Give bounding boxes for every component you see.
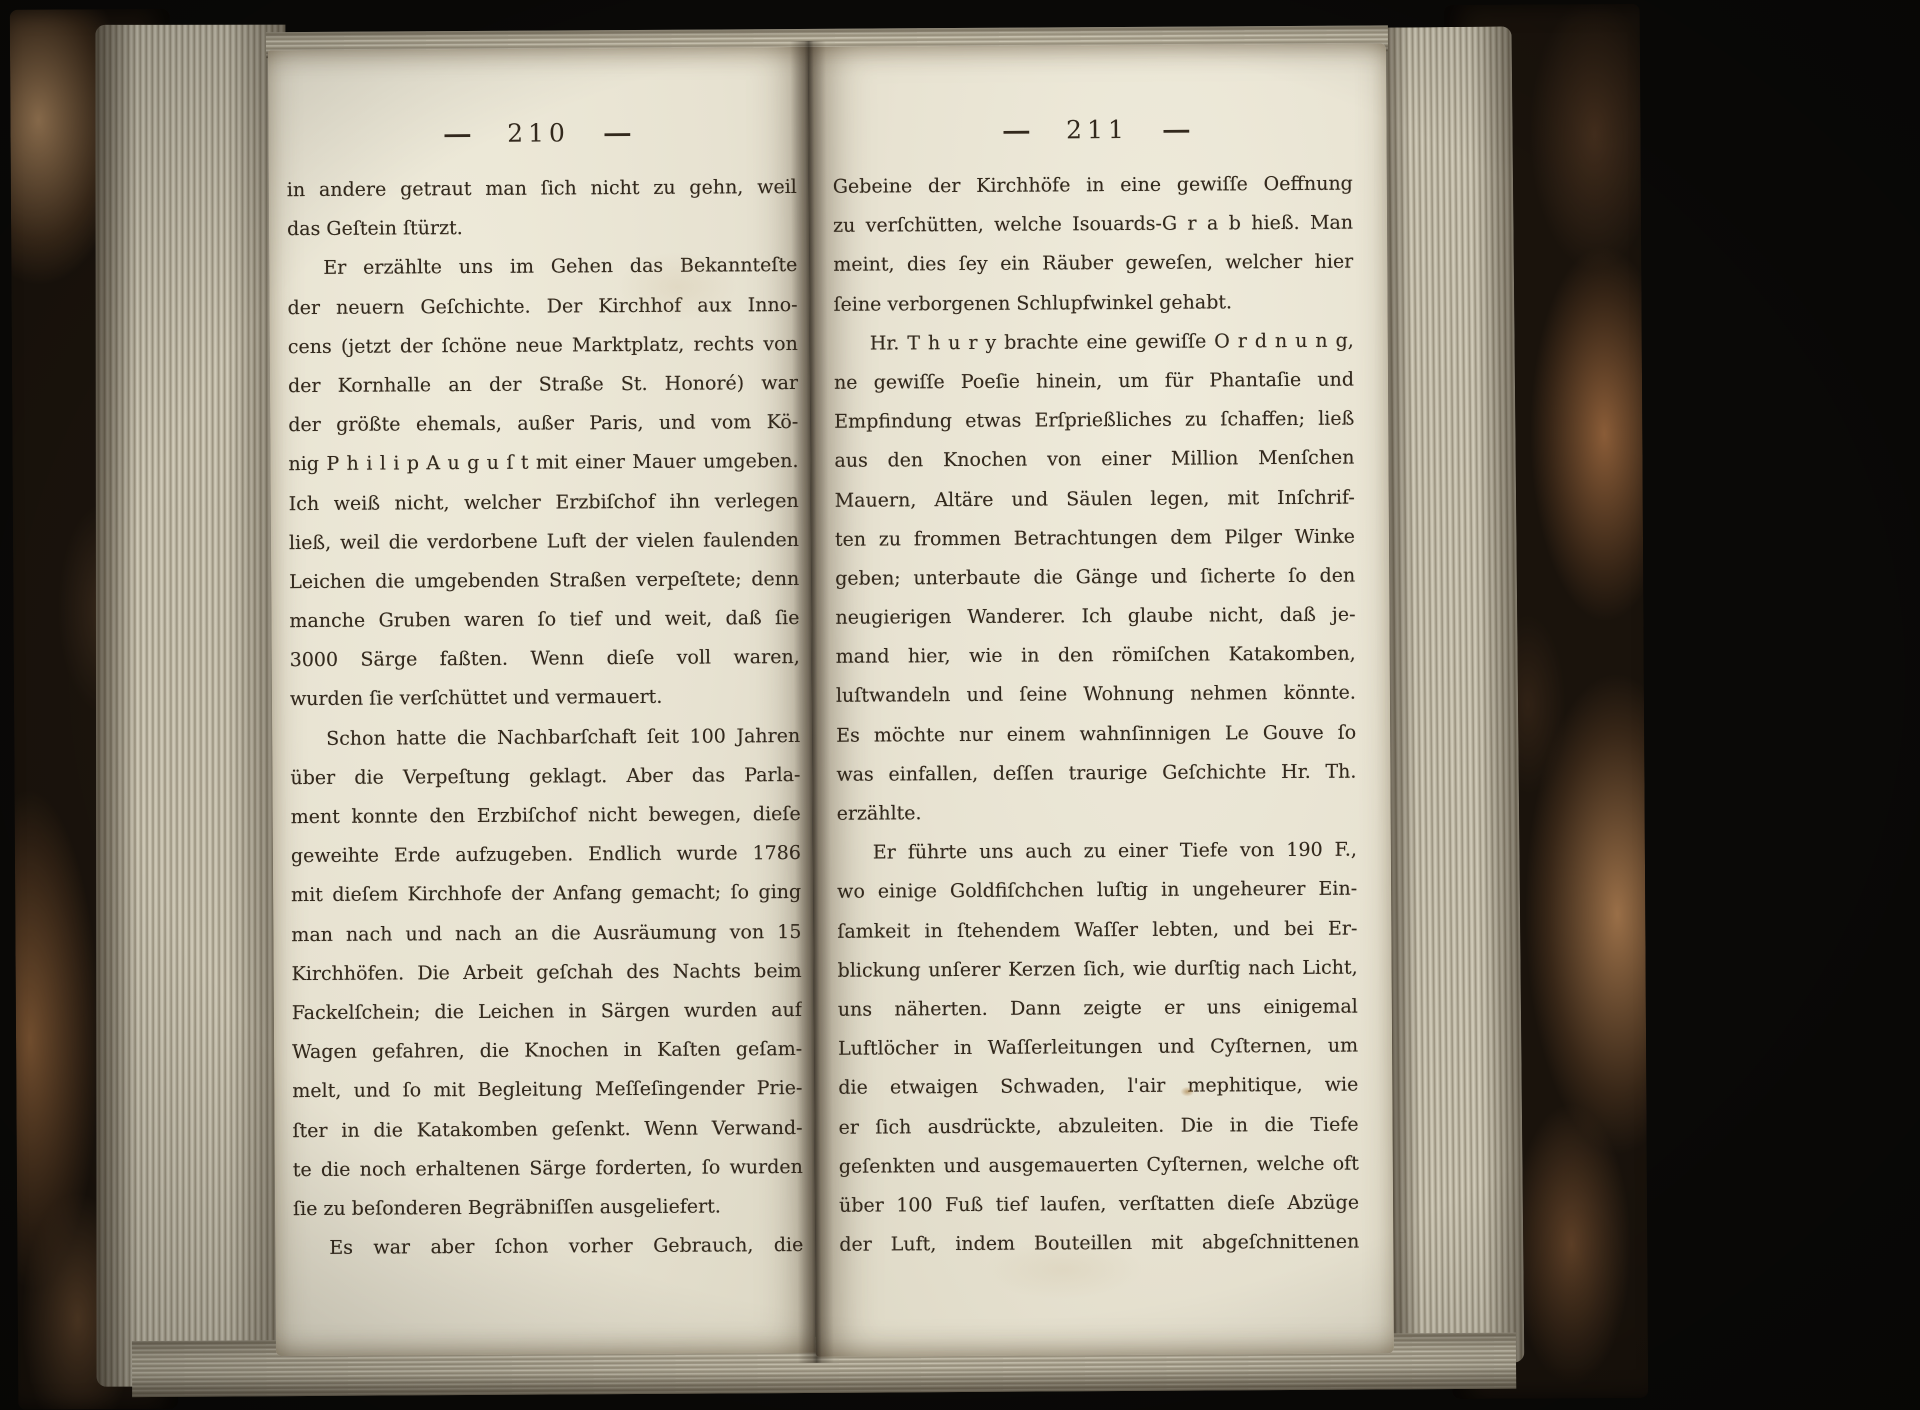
text-line: Leichen die umgebenden Straßen verpeſtet… bbox=[289, 560, 799, 602]
text-line: ſamkeit in ſtehendem Waſſer lebten, und … bbox=[837, 909, 1357, 951]
text-line: Luftlöcher in Waſſerleitungen und Cyſter… bbox=[838, 1027, 1358, 1069]
left-page-edges bbox=[95, 25, 286, 1387]
text-line: Hr. T h u r y brachte eine gewiſſe O r d… bbox=[834, 321, 1354, 363]
text-line: wo einige Goldfiſchchen luſtig in ungehe… bbox=[837, 870, 1357, 912]
text-line: geben; unterbaute die Gänge und ſicherte… bbox=[835, 556, 1355, 598]
text-line: Es möchte nur einem wahnſinnigen Le Gouv… bbox=[836, 713, 1356, 755]
open-book: — 210 — in andere getraut man ſich nicht… bbox=[0, 0, 1920, 1410]
text-line: ließ, weil die verdorbene Luft der viele… bbox=[289, 521, 799, 563]
text-line: in andere getraut man ſich nicht zu gehn… bbox=[287, 168, 797, 210]
text-line: ſter in die Katakomben geſenkt. Wenn Ver… bbox=[292, 1108, 802, 1150]
text-line: das Geſtein ſtürzt. bbox=[287, 207, 797, 249]
text-line: 3000 Särge faßten. Wenn dieſe voll waren… bbox=[290, 638, 800, 680]
text-line: Wagen gefahren, die Knochen in Kaſten ge… bbox=[292, 1030, 802, 1072]
text-line: mand hier, wie in den römiſchen Katakomb… bbox=[836, 635, 1356, 677]
page-number-left: 210 bbox=[507, 118, 570, 147]
text-line: der Luft, indem Bouteillen mit abgeſchni… bbox=[839, 1223, 1359, 1265]
text-line: Er führte uns auch zu einer Tiefe von 19… bbox=[837, 831, 1357, 873]
text-line: erzählte. bbox=[837, 792, 1357, 834]
text-line: cens (jetzt der ſchöne neue Marktplatz, … bbox=[288, 325, 798, 367]
text-line: luſtwandeln und ſeine Wohnung nehmen kön… bbox=[836, 674, 1356, 716]
header-dash-right: — bbox=[603, 118, 634, 147]
text-line: Schon hatte die Nachbarſchaft ſeit 100 J… bbox=[290, 717, 800, 759]
page-text-left: in andere getraut man ſich nicht zu gehn… bbox=[269, 168, 816, 1269]
text-line: Gebeine der Kirchhöfe in eine gewiſſe Oe… bbox=[833, 165, 1353, 207]
text-line: neugierigen Wanderer. Ich glaube nicht, … bbox=[835, 596, 1355, 638]
text-line: ment konnte den Erzbiſchof nicht bewegen… bbox=[291, 795, 801, 837]
text-line: melt, und ſo mit Begleitung Meſſeſingend… bbox=[292, 1069, 802, 1111]
text-line: Er erzählte uns im Gehen das Bekannteſte bbox=[287, 246, 797, 288]
text-line: wurden ſie verſchüttet und vermauert. bbox=[290, 677, 800, 719]
text-line: der neuern Geſchichte. Der Kirchhof aux … bbox=[287, 286, 797, 328]
text-line: Kirchhöfen. Die Arbeit geſchah des Nacht… bbox=[292, 952, 802, 994]
text-line: nig P h i l i p A u g u ſ t mit einer Ma… bbox=[288, 442, 798, 484]
page-text-right: Gebeine der Kirchhöfe in eine gewiſſe Oe… bbox=[809, 164, 1394, 1265]
header-dash-left: — bbox=[1001, 116, 1032, 145]
text-line: meint, dies ſey ein Räuber geweſen, welc… bbox=[833, 243, 1353, 285]
text-line: Ich weiß nicht, welcher Erzbiſchof ihn v… bbox=[289, 481, 799, 523]
text-line: über 100 Fuß tief laufen, verſtatten die… bbox=[839, 1183, 1359, 1225]
text-line: Empfindung etwas Erſprießliches zu ſchaf… bbox=[834, 400, 1354, 442]
text-line: uns näherten. Dann zeigte er uns einigem… bbox=[838, 988, 1358, 1030]
text-line: manche Gruben waren ſo tief und weit, da… bbox=[289, 599, 799, 641]
text-line: ne gewiſſe Poeſie hinein, um für Phantaſ… bbox=[834, 361, 1354, 403]
text-line: Es war aber ſchon vorher Gebrauch, die bbox=[293, 1226, 803, 1268]
page-number-right: 211 bbox=[1066, 115, 1129, 144]
text-line: was einfallen, deſſen traurige Geſchicht… bbox=[836, 752, 1356, 794]
text-line: geweihte Erde aufzugeben. Endlich wurde … bbox=[291, 834, 801, 876]
text-line: er ſich ausdrückte, abzuleiten. Die in d… bbox=[838, 1105, 1358, 1147]
text-line: ſie zu beſonderen Begräbniſſen ausgelief… bbox=[293, 1187, 803, 1229]
header-dash-right: — bbox=[1162, 115, 1193, 144]
text-line: der Kornhalle an der Straße St. Honoré) … bbox=[288, 364, 798, 406]
text-line: Mauern, Altäre und Säulen legen, mit Inſ… bbox=[835, 478, 1355, 520]
page-left: — 210 — in andere getraut man ſich nicht… bbox=[268, 47, 816, 1356]
right-page-edges bbox=[1380, 26, 1525, 1363]
page-right: — 211 — Gebeine der Kirchhöfe in eine ge… bbox=[808, 43, 1394, 1357]
page-header-right: — 211 — bbox=[808, 113, 1386, 146]
header-dash-left: — bbox=[442, 119, 473, 148]
text-line: blickung unſerer Kerzen ſich, wie durſti… bbox=[838, 948, 1358, 990]
text-line: te die noch erhaltenen Särge forderten, … bbox=[293, 1148, 803, 1190]
text-line: der größte ehemals, außer Paris, und vom… bbox=[288, 403, 798, 445]
text-line: man nach und nach an die Ausräumung von … bbox=[291, 913, 801, 955]
text-line: aus den Knochen von einer Million Menſch… bbox=[834, 439, 1354, 481]
text-line: Fackelſchein; die Leichen in Särgen wurd… bbox=[292, 991, 802, 1033]
text-line: mit dieſem Kirchhofe der Anfang gemacht;… bbox=[291, 873, 801, 915]
text-line: ten zu frommen Betrachtungen dem Pilger … bbox=[835, 517, 1355, 559]
page-header-left: — 210 — bbox=[268, 117, 808, 149]
book-photo: — 210 — in andere getraut man ſich nicht… bbox=[0, 0, 1920, 1410]
text-line: über die Verpeſtung geklagt. Aber das Pa… bbox=[290, 756, 800, 798]
text-line: ſeine verborgenen Schlupfwinkel gehabt. bbox=[833, 282, 1353, 324]
text-line: zu verſchütten, welche Isouards-G r a b … bbox=[833, 204, 1353, 246]
text-line: geſenkten und ausgemauerten Cyſternen, w… bbox=[839, 1144, 1359, 1186]
text-line: die etwaigen Schwaden, l'air mephitique,… bbox=[838, 1066, 1358, 1108]
